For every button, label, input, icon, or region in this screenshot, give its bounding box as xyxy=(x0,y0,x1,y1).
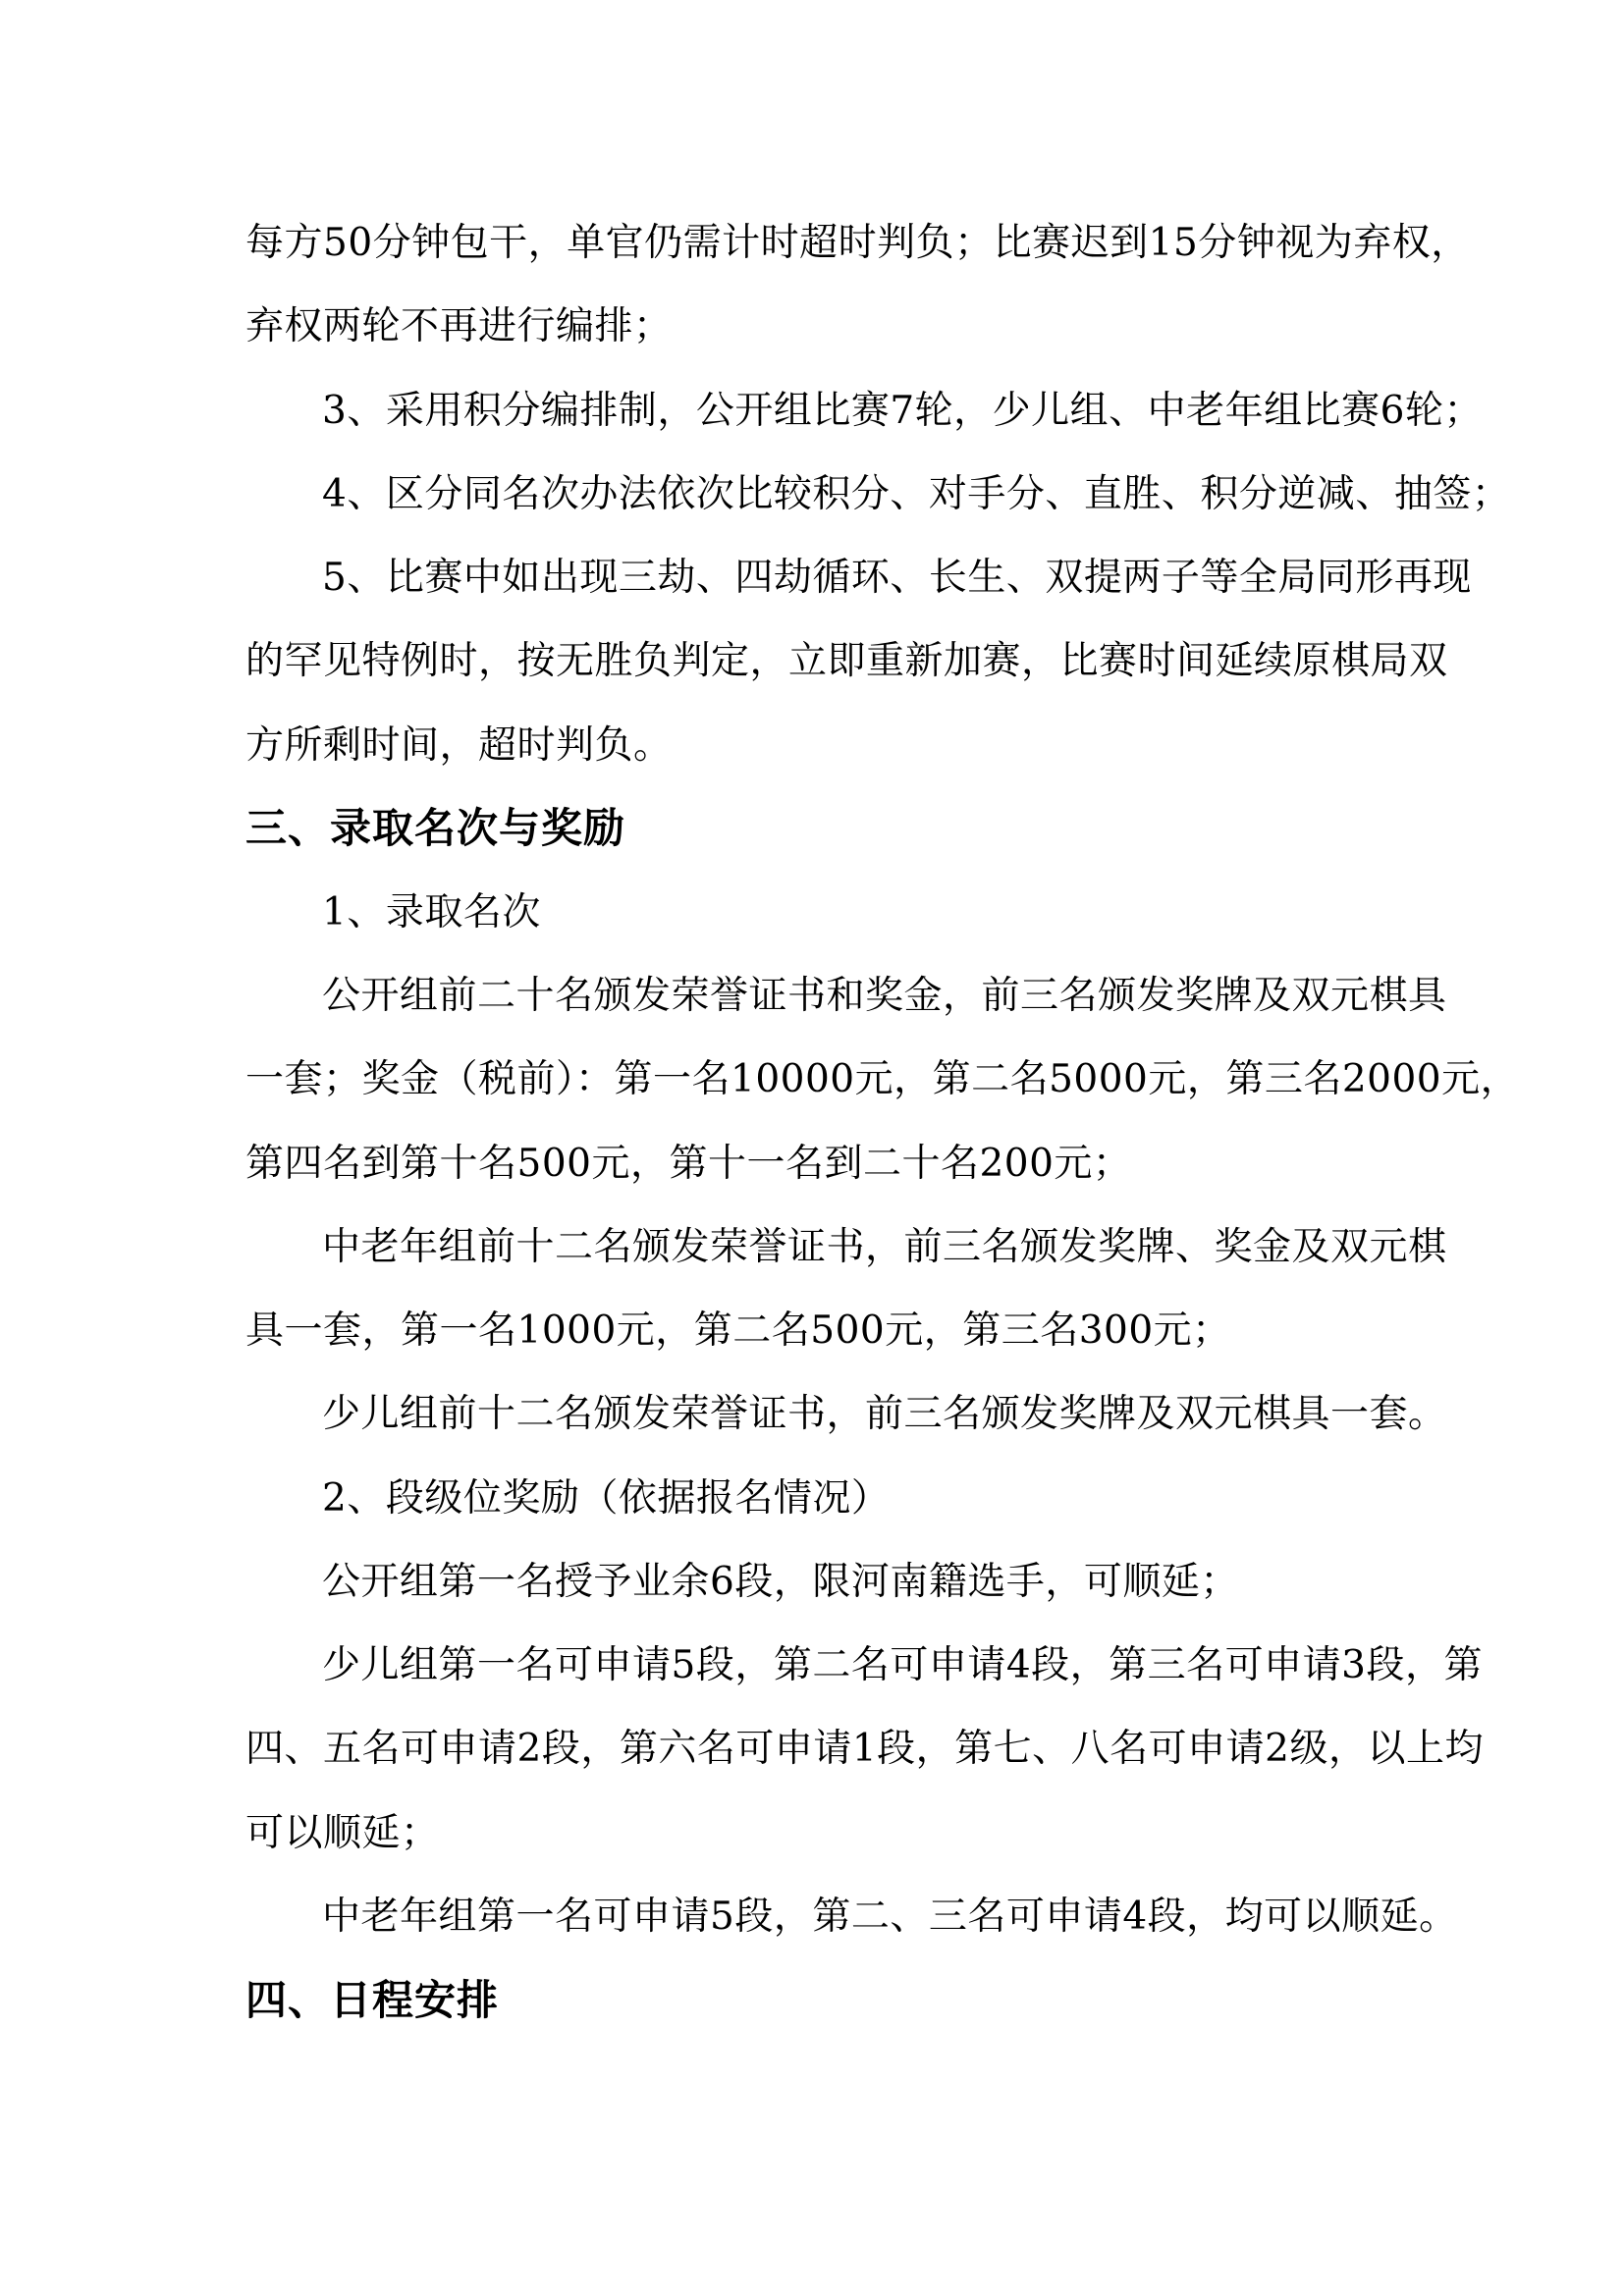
doc-line: 可以顺延； xyxy=(245,1790,1379,1874)
doc-line: 公开组第一名授予业余6段，限河南籍选手，可顺延； xyxy=(245,1540,1379,1624)
doc-line: 一套；奖金（税前）：第一名10000元，第二名5000元，第三名2000元， xyxy=(245,1038,1379,1121)
doc-line-item-1: 1、录取名次 xyxy=(245,871,1379,954)
doc-line: 中老年组前十二名颁发荣誉证书，前三名颁发奖牌、奖金及双元棋 xyxy=(245,1205,1379,1289)
doc-line: 弃权两轮不再进行编排； xyxy=(245,285,1379,368)
doc-line: 公开组前二十名颁发荣誉证书和奖金，前三名颁发奖牌及双元棋具 xyxy=(245,954,1379,1038)
doc-line: 中老年组第一名可申请5段，第二、三名可申请4段，均可以顺延。 xyxy=(245,1875,1379,1958)
section-heading-awards: 三、录取名次与奖励 xyxy=(245,787,1379,871)
doc-line: 四、五名可申请2段，第六名可申请1段，第七、八名可申请2级，以上均 xyxy=(245,1707,1379,1790)
document-text-block: 每方50分钟包干，单官仍需计时超时判负；比赛迟到15分钟视为弃权， 弃权两轮不再… xyxy=(245,201,1379,2042)
doc-line-item-3: 3、采用积分编排制，公开组比赛7轮，少儿组、中老年组比赛6轮； xyxy=(245,368,1379,452)
document-page: 每方50分钟包干，单官仍需计时超时判负；比赛迟到15分钟视为弃权， 弃权两轮不再… xyxy=(0,0,1624,2296)
doc-line: 少儿组前十二名颁发荣誉证书，前三名颁发奖牌及双元棋具一套。 xyxy=(245,1372,1379,1456)
doc-line: 第四名到第十名500元，第十一名到二十名200元； xyxy=(245,1122,1379,1205)
doc-line-item-4: 4、区分同名次办法依次比较积分、对手分、直胜、积分逆减、抽签； xyxy=(245,453,1379,536)
doc-line: 具一套，第一名1000元，第二名500元，第三名300元； xyxy=(245,1289,1379,1372)
doc-line: 方所剩时间，超时判负。 xyxy=(245,703,1379,786)
doc-line: 每方50分钟包干，单官仍需计时超时判负；比赛迟到15分钟视为弃权， xyxy=(245,201,1379,285)
doc-line-item-5: 5、比赛中如出现三劫、四劫循环、长生、双提两子等全局同形再现 xyxy=(245,536,1379,619)
doc-line: 的罕见特例时，按无胜负判定，立即重新加赛，比赛时间延续原棋局双 xyxy=(245,619,1379,703)
doc-line-item-2: 2、段级位奖励（依据报名情况） xyxy=(245,1457,1379,1540)
doc-line: 少儿组第一名可申请5段，第二名可申请4段，第三名可申请3段，第 xyxy=(245,1624,1379,1707)
section-heading-schedule: 四、日程安排 xyxy=(245,1958,1379,2042)
